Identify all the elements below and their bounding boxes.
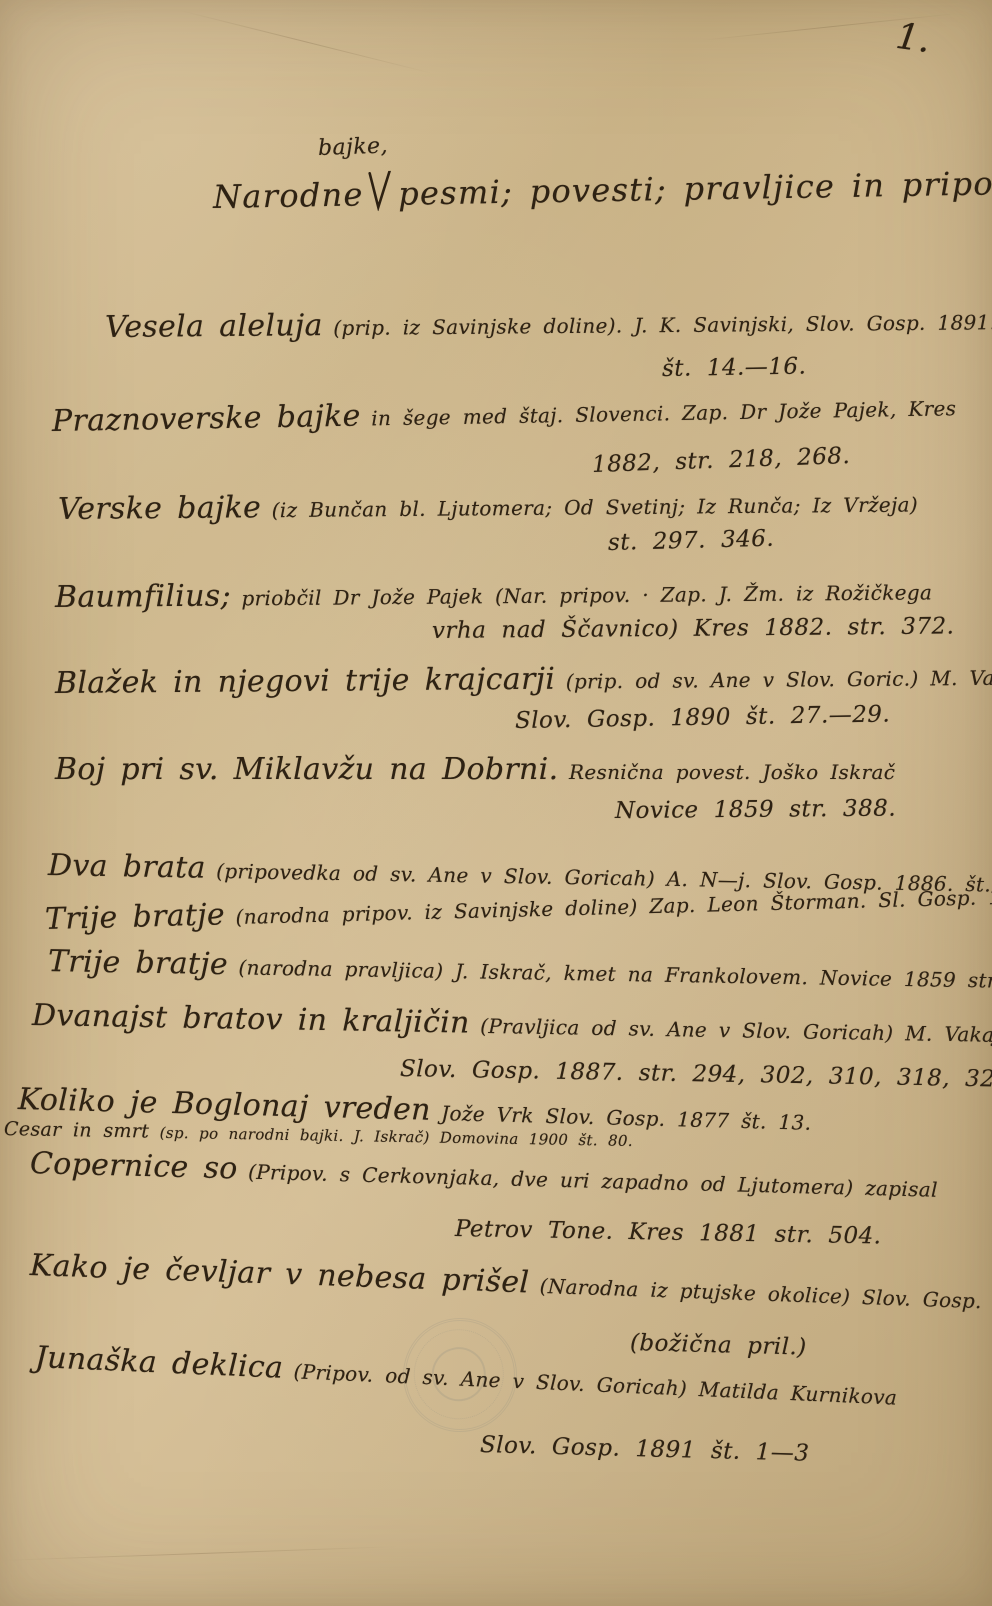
- entry-title: Junaška deklica: [34, 1340, 284, 1386]
- entry-continuation: (božična pril.): [630, 1330, 807, 1361]
- entry-title-line: Vesela aleluja (prip. iz Savinjske dolin…: [105, 302, 992, 345]
- entry-details: (narodna pravljica) J. Iskrač, kmet na F…: [238, 955, 992, 993]
- entry-continuation: Slov. Gosp. 1890 št. 27.—29.: [515, 701, 891, 734]
- entry-title: Cesar in smrt: [4, 1118, 150, 1143]
- entry-title-line: Praznoverske bajke in šege med štaj. Slo…: [52, 388, 957, 439]
- manuscript-scan: { "page_number": "1.", "title": { "inser…: [0, 0, 992, 1606]
- entry-continuation: Slov. Gosp. 1887. str. 294, 302, 310, 31…: [400, 1056, 992, 1093]
- entry-title: Kako je čevljar v nebesa prišel: [29, 1248, 529, 1300]
- entry-title-line: Verske bajke (iz Bunčan bl. Ljutomera; O…: [58, 484, 918, 527]
- entry-title-line: Copernice so (Pripov. s Cerkovnjaka, dve…: [30, 1146, 939, 1205]
- entry-continuation: vrha nad Ščavnico) Kres 1882. str. 372.: [432, 613, 955, 644]
- entry-details: (Pripov. s Cerkovnjaka, dve uri zapadno …: [248, 1160, 938, 1202]
- title-text-after-caret: pesmi; povesti; pravljice in pripovedke …: [398, 162, 992, 213]
- insertion-caret-icon: [365, 171, 392, 215]
- document-title: Narodne pesmi; povesti; pravljice in pri…: [213, 152, 992, 216]
- entry-title: Trije bratje: [48, 944, 229, 982]
- entry-title: Copernice so: [30, 1146, 239, 1186]
- entry-details: priobčil Dr Jože Pajek (Nar. pripov. · Z…: [241, 580, 932, 610]
- entry-continuation: st. 297. 346.: [608, 526, 775, 556]
- entry-details: (Pravljica od sv. Ane v Slov. Goricah) M…: [480, 1014, 992, 1047]
- entry-details: (sp. po narodni bajki. J. Iskrač) Domovi…: [160, 1124, 634, 1150]
- entry-title-line: Trije bratje (narodna pravljica) J. Iskr…: [48, 944, 992, 997]
- entry-title: Boj pri sv. Miklavžu na Dobrni.: [55, 752, 558, 787]
- entry-title: Blažek in njegovi trije krajcarji: [55, 662, 556, 701]
- entry-continuation: Petrov Tone. Kres 1881 str. 504.: [455, 1216, 882, 1249]
- entry-title-line: Dvanajst bratov in kraljičin (Pravljica …: [32, 998, 992, 1050]
- entry-title-line: Boj pri sv. Miklavžu na Dobrni. Resnična…: [55, 752, 895, 787]
- entry-details: (Pripov. od sv. Ane v Slov. Goricah) Mat…: [293, 1359, 898, 1409]
- entry-title-line: Baumfilius; priobčil Dr Jože Pajek (Nar.…: [55, 572, 932, 615]
- paper-crease: [180, 10, 433, 74]
- entry-title-line: Kako je čevljar v nebesa prišel (Narodna…: [29, 1248, 992, 1318]
- entry-details: Resnična povest. Joško Iskrač: [569, 760, 895, 784]
- entry-title: Vesela aleluja: [105, 308, 323, 345]
- entry-title: Dva brata: [48, 848, 206, 886]
- entry-continuation: št. 14.—16.: [662, 353, 807, 382]
- entry-title: Baumfilius;: [55, 578, 231, 615]
- paper-crease: [0, 1546, 400, 1561]
- page-number: 1.: [893, 16, 933, 61]
- title-inserted-word: bajke,: [318, 134, 389, 161]
- entry-details: (iz Bunčan bl. Ljutomera; Od Svetinj; Iz…: [272, 492, 918, 522]
- title-text-before-caret: Narodne: [213, 175, 364, 216]
- entry-title: Praznoverske bajke: [52, 399, 361, 439]
- entry-title-line: Blažek in njegovi trije krajcarji (prip.…: [55, 658, 992, 701]
- entry-details: (Narodna iz ptujske okolice) Slov. Gosp.…: [539, 1274, 992, 1316]
- entry-details: (prip. od sv. Ane v Slov. Goric.) M. Vak…: [566, 666, 992, 694]
- entry-details: (prip. iz Savinjske doline). J. K. Savin…: [333, 310, 992, 340]
- entry-continuation: Slov. Gosp. 1891 št. 1—3: [480, 1432, 810, 1467]
- entry-title: Verske bajke: [58, 490, 261, 527]
- entry-title: Trije bratje: [45, 897, 226, 937]
- entry-title: Dvanajst bratov in kraljičin: [32, 998, 470, 1041]
- entry-details: in šege med štaj. Slovenci. Zap. Dr Jože…: [371, 396, 956, 430]
- entry-continuation: 1882, str. 218, 268.: [592, 443, 851, 478]
- entry-continuation: Novice 1859 str. 388.: [615, 796, 896, 824]
